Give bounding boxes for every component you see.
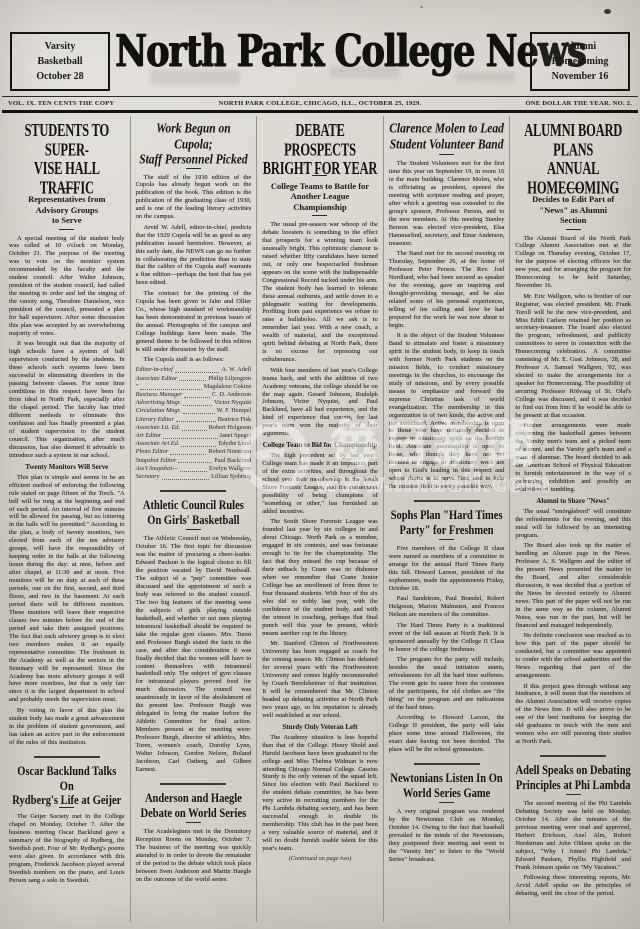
staff-list-row: Advertising Mngr.Victor Nyquist [136, 399, 252, 407]
staff-list-row: Associate EditorPhilip Liljengren [136, 375, 252, 383]
article-paragraph: Arvid W. Adell, editor-in-chief, predict… [136, 224, 252, 288]
article-paragraph: Five members of the College II class wer… [389, 545, 505, 593]
leader-dots [176, 421, 216, 422]
article-paragraph: The program for the party will include, … [389, 656, 505, 712]
ear-line: Alumni [534, 39, 626, 54]
article-paragraph: The Band met for its second meeting on T… [389, 250, 505, 330]
ear-box-varsity-basketball: Varsity Basketball October 28 [10, 32, 110, 91]
news-column-1: STUDENTS TO SUPER- VISE HALL TRAFFICRepr… [4, 116, 130, 922]
article-paragraph: No definite conclusion was reached as to… [515, 632, 631, 680]
article-paragraph: Following these interesting reports, Mr.… [515, 874, 631, 898]
article-paragraph: Mr. Eric Wallgren, who is brother of our… [515, 293, 631, 420]
leader-dots [175, 372, 220, 373]
leader-dots [162, 479, 210, 480]
leader-dots [183, 413, 215, 414]
staff-name: Philip Liljengren [208, 375, 251, 383]
leader-dots [170, 454, 206, 455]
staff-name: W. F. Hempel [217, 407, 252, 415]
staff-list-row: Photo EditorRobert Norstrum [136, 448, 252, 456]
article-divider [540, 755, 606, 757]
headline-dash [439, 802, 454, 803]
article-subhead: Representatives from Advisory Groups to … [9, 194, 125, 226]
staff-role: Art Editor [136, 432, 162, 440]
leader-dots [183, 405, 212, 406]
staff-role: Secretary [136, 473, 160, 481]
article-paragraph: The Academy situation is less hopeful th… [262, 734, 378, 853]
article-paragraph: The Cupola staff is as follows: [136, 356, 252, 364]
staff-list-row: Associate Lit. Ed.Robert Helgeson [136, 424, 252, 432]
article-paragraph: The Alumni Board of the North Park Colle… [515, 235, 631, 291]
news-column-3: DEBATE PROSPECTS BRIGHT FOR YEARCollege … [256, 116, 383, 922]
article-paragraph: If this project goes through without any… [515, 683, 631, 747]
news-column-4: Clarence Molen to Lead Student Volunteer… [383, 116, 510, 922]
article-paragraph: According to Howard Larson, the College … [389, 714, 505, 754]
staff-role: Snapshot Editor [136, 457, 177, 465]
article-paragraph: A special meeting of the student body wa… [9, 235, 125, 338]
article-paragraph: The Hard Times Party is a traditional ev… [389, 622, 505, 654]
staff-role: Circulation Mngr. [136, 407, 181, 415]
ear-box-alumni-homecoming: Alumni Homecoming November 16 [530, 32, 630, 91]
article-paragraph: Paul Sandstrom, Paul Brandel, Robert Hel… [389, 595, 505, 619]
issue-location-date: NORTH PARK COLLEGE, CHICAGO, ILL., OCTOB… [114, 100, 525, 107]
article-crosshead: Sturdy Only Veteran Left [262, 723, 378, 732]
continued-notice: (Continued on page two) [262, 855, 378, 862]
staff-role: Business Manager [136, 391, 183, 399]
article-headline: Newtonians Listen In On World Series Gam… [389, 773, 505, 802]
article-subhead: Decides to Edit Part of "News" as Alumni… [515, 194, 631, 226]
masthead: Varsity Basketball October 28 North Park… [0, 0, 640, 96]
article-paragraph: It was brought out that the majority of … [9, 340, 125, 459]
leader-dots [179, 380, 206, 381]
volume-price: VOL. IX. TEN CENTS THE COPY [8, 100, 114, 107]
staff-name: Beatrice Fisk [218, 416, 251, 424]
article-paragraph: This plan is simple and seems to be an e… [9, 474, 125, 705]
article-paragraph: Mr. Stanford Clinton of Northwestern Uni… [262, 640, 378, 720]
staff-list-row: Art EditorJanet Spegel [136, 432, 252, 440]
staff-name: Edythe Lund [218, 440, 251, 448]
article-paragraph: The second meeting of the Phi Lambda Deb… [515, 800, 631, 872]
article-headline: Athletic Council Rules On Girls' Basketb… [136, 500, 252, 529]
staff-role: Literary Editor [136, 416, 174, 424]
headline-dash [439, 539, 454, 540]
staff-name: Victor Nyquist [214, 399, 251, 407]
staff-name: A. W. Adell [221, 366, 251, 374]
staff-role: Advertising Mngr. [136, 399, 181, 407]
dateline-bar: VOL. IX. TEN CENTS THE COPY NORTH PARK C… [2, 96, 638, 113]
staff-list-row: Snapshot EditorPaul Backlund [136, 457, 252, 465]
staff-list-row: Editor-in-chiefA. W. Adell [136, 366, 252, 374]
article-headline: Anderson and Haegle Debate on World Seri… [136, 793, 252, 822]
article-paragraph: The Geijer Society met in the College ch… [9, 813, 125, 885]
staff-name: Magdalene Cokins [204, 383, 251, 391]
article-paragraph: By voting in favor of this plan the stud… [9, 707, 125, 747]
article-crosshead: Twenty Monitors Will Serve [9, 463, 125, 472]
ear-line: Basketball [14, 54, 106, 69]
leader-dots [184, 397, 210, 398]
article-divider [414, 500, 480, 502]
article-paragraph: With four members of last year's College… [262, 367, 378, 439]
staff-name: Lillian Sjobring [211, 473, 251, 481]
staff-name: Paul Backlund [214, 457, 251, 465]
staff-list-row: Business ManagerC. D. Anderson [136, 391, 252, 399]
ear-line: October 28 [14, 69, 106, 84]
staff-role: Associate Lit. Ed. [136, 424, 180, 432]
article-headline: STUDENTS TO SUPER- VISE HALL TRAFFIC [9, 122, 125, 198]
leader-dots [180, 471, 207, 472]
article-paragraph: The contract for the printing of the Cup… [136, 290, 252, 354]
staff-list-row: Ass't Snapshot—Evelyn Wallgren [136, 465, 252, 473]
staff-role: Photo Editor [136, 448, 169, 456]
staff-name: Janet Spegel [220, 432, 252, 440]
subhead-dash [566, 229, 581, 230]
staff-name: C. D. Anderson [212, 391, 251, 399]
staff-name: Robert Helgeson [209, 424, 252, 432]
ear-line: November 16 [534, 69, 626, 84]
article-headline: Work Begun on Cupola; Staff Personnel Pi… [136, 122, 252, 169]
staff-list: Editor-in-chiefA. W. AdellAssociate Edit… [136, 366, 252, 481]
article-paragraph: Further arrangements were made concernin… [515, 422, 631, 494]
article-paragraph: The staff of the 1930 edition of the Cup… [136, 174, 252, 222]
article-headline: DEBATE PROSPECTS BRIGHT FOR YEAR [262, 122, 378, 179]
article-subhead: College Teams to Battle for Another Leag… [262, 181, 378, 213]
article-headline: ALUMNI BOARD PLANS ANNUAL HOMECOMING [515, 122, 631, 198]
article-divider [414, 763, 480, 765]
article-headline: Oscar Backlund Talks On Rydberg's Life a… [9, 766, 125, 809]
leader-dots [140, 389, 202, 390]
leader-dots [163, 438, 217, 439]
subscription-issue-number: ONE DOLLAR THE YEAR. NO. 2. [525, 100, 632, 107]
ear-line: Homecoming [534, 54, 626, 69]
staff-name: Robert Norstrum [208, 448, 251, 456]
article-divider [160, 490, 226, 492]
article-divider [34, 756, 100, 758]
news-column-2: Work Begun on Cupola; Staff Personnel Pi… [130, 116, 257, 922]
staff-role: Ass't Snapshot— [136, 465, 178, 473]
article-paragraph: A very original program was rendered by … [389, 808, 505, 864]
article-headline: Sophs Plan "Hard Times Party" for Freshm… [389, 510, 505, 539]
staff-list-row: "Magdalene Cokins [136, 383, 252, 391]
staff-role: " [136, 383, 139, 391]
staff-role: Editor-in-chief [136, 366, 173, 374]
staff-list-row: Circulation Mngr.W. F. Hempel [136, 407, 252, 415]
leader-dots [181, 446, 216, 447]
article-paragraph: The Board also took up the matter of han… [515, 542, 631, 629]
headline-dash [566, 794, 581, 795]
article-headline: Adell Speaks on Debating Principles at P… [515, 765, 631, 794]
headline-dash [186, 529, 201, 530]
article-paragraph: The Athletic Council met on Wednesday, O… [136, 535, 252, 774]
article-paragraph: The Acadelegians met in the Dormitory Re… [136, 828, 252, 884]
article-paragraph: It is the object of the Student Voluntee… [389, 332, 505, 491]
article-crosshead: College Team to Bid for Championship [262, 441, 378, 450]
column-area: STUDENTS TO SUPER- VISE HALL TRAFFICRepr… [0, 113, 640, 922]
news-column-5: ALUMNI BOARD PLANS ANNUAL HOMECOMINGDeci… [509, 116, 636, 922]
staff-name: Evelyn Wallgren [209, 465, 251, 473]
leader-dots [182, 430, 207, 431]
newspaper-front-page: Varsity Basketball October 28 North Park… [0, 0, 640, 929]
staff-list-row: SecretaryLillian Sjobring [136, 473, 252, 481]
staff-list-row: Associate Art Ed.Edythe Lund [136, 440, 252, 448]
article-headline: Clarence Molen to Lead Student Volunteer… [389, 122, 505, 153]
staff-role: Associate Art Ed. [136, 440, 180, 448]
article-paragraph: The usual pre-season war whoop of the de… [262, 221, 378, 364]
ear-line: Varsity [14, 39, 106, 54]
article-divider [160, 783, 226, 785]
headline-dash [186, 822, 201, 823]
article-paragraph: The high precedent set by last year's Co… [262, 452, 378, 516]
staff-list-row: Literary EditorBeatrice Fisk [136, 416, 252, 424]
article-paragraph: The South Shore Forensic League was foun… [262, 518, 378, 637]
article-paragraph: The usual "smörgåsbord" will constitute … [515, 508, 631, 540]
subhead-dash [312, 215, 327, 216]
article-crosshead: Alumni to Share "News" [515, 497, 631, 506]
subhead-dash [59, 229, 74, 230]
headline-dash [439, 154, 454, 155]
article-paragraph: The Student Volunteers met for the first… [389, 160, 505, 247]
staff-role: Associate Editor [136, 375, 178, 383]
newspaper-title: North Park College News [115, 26, 525, 77]
leader-dots [178, 462, 212, 463]
